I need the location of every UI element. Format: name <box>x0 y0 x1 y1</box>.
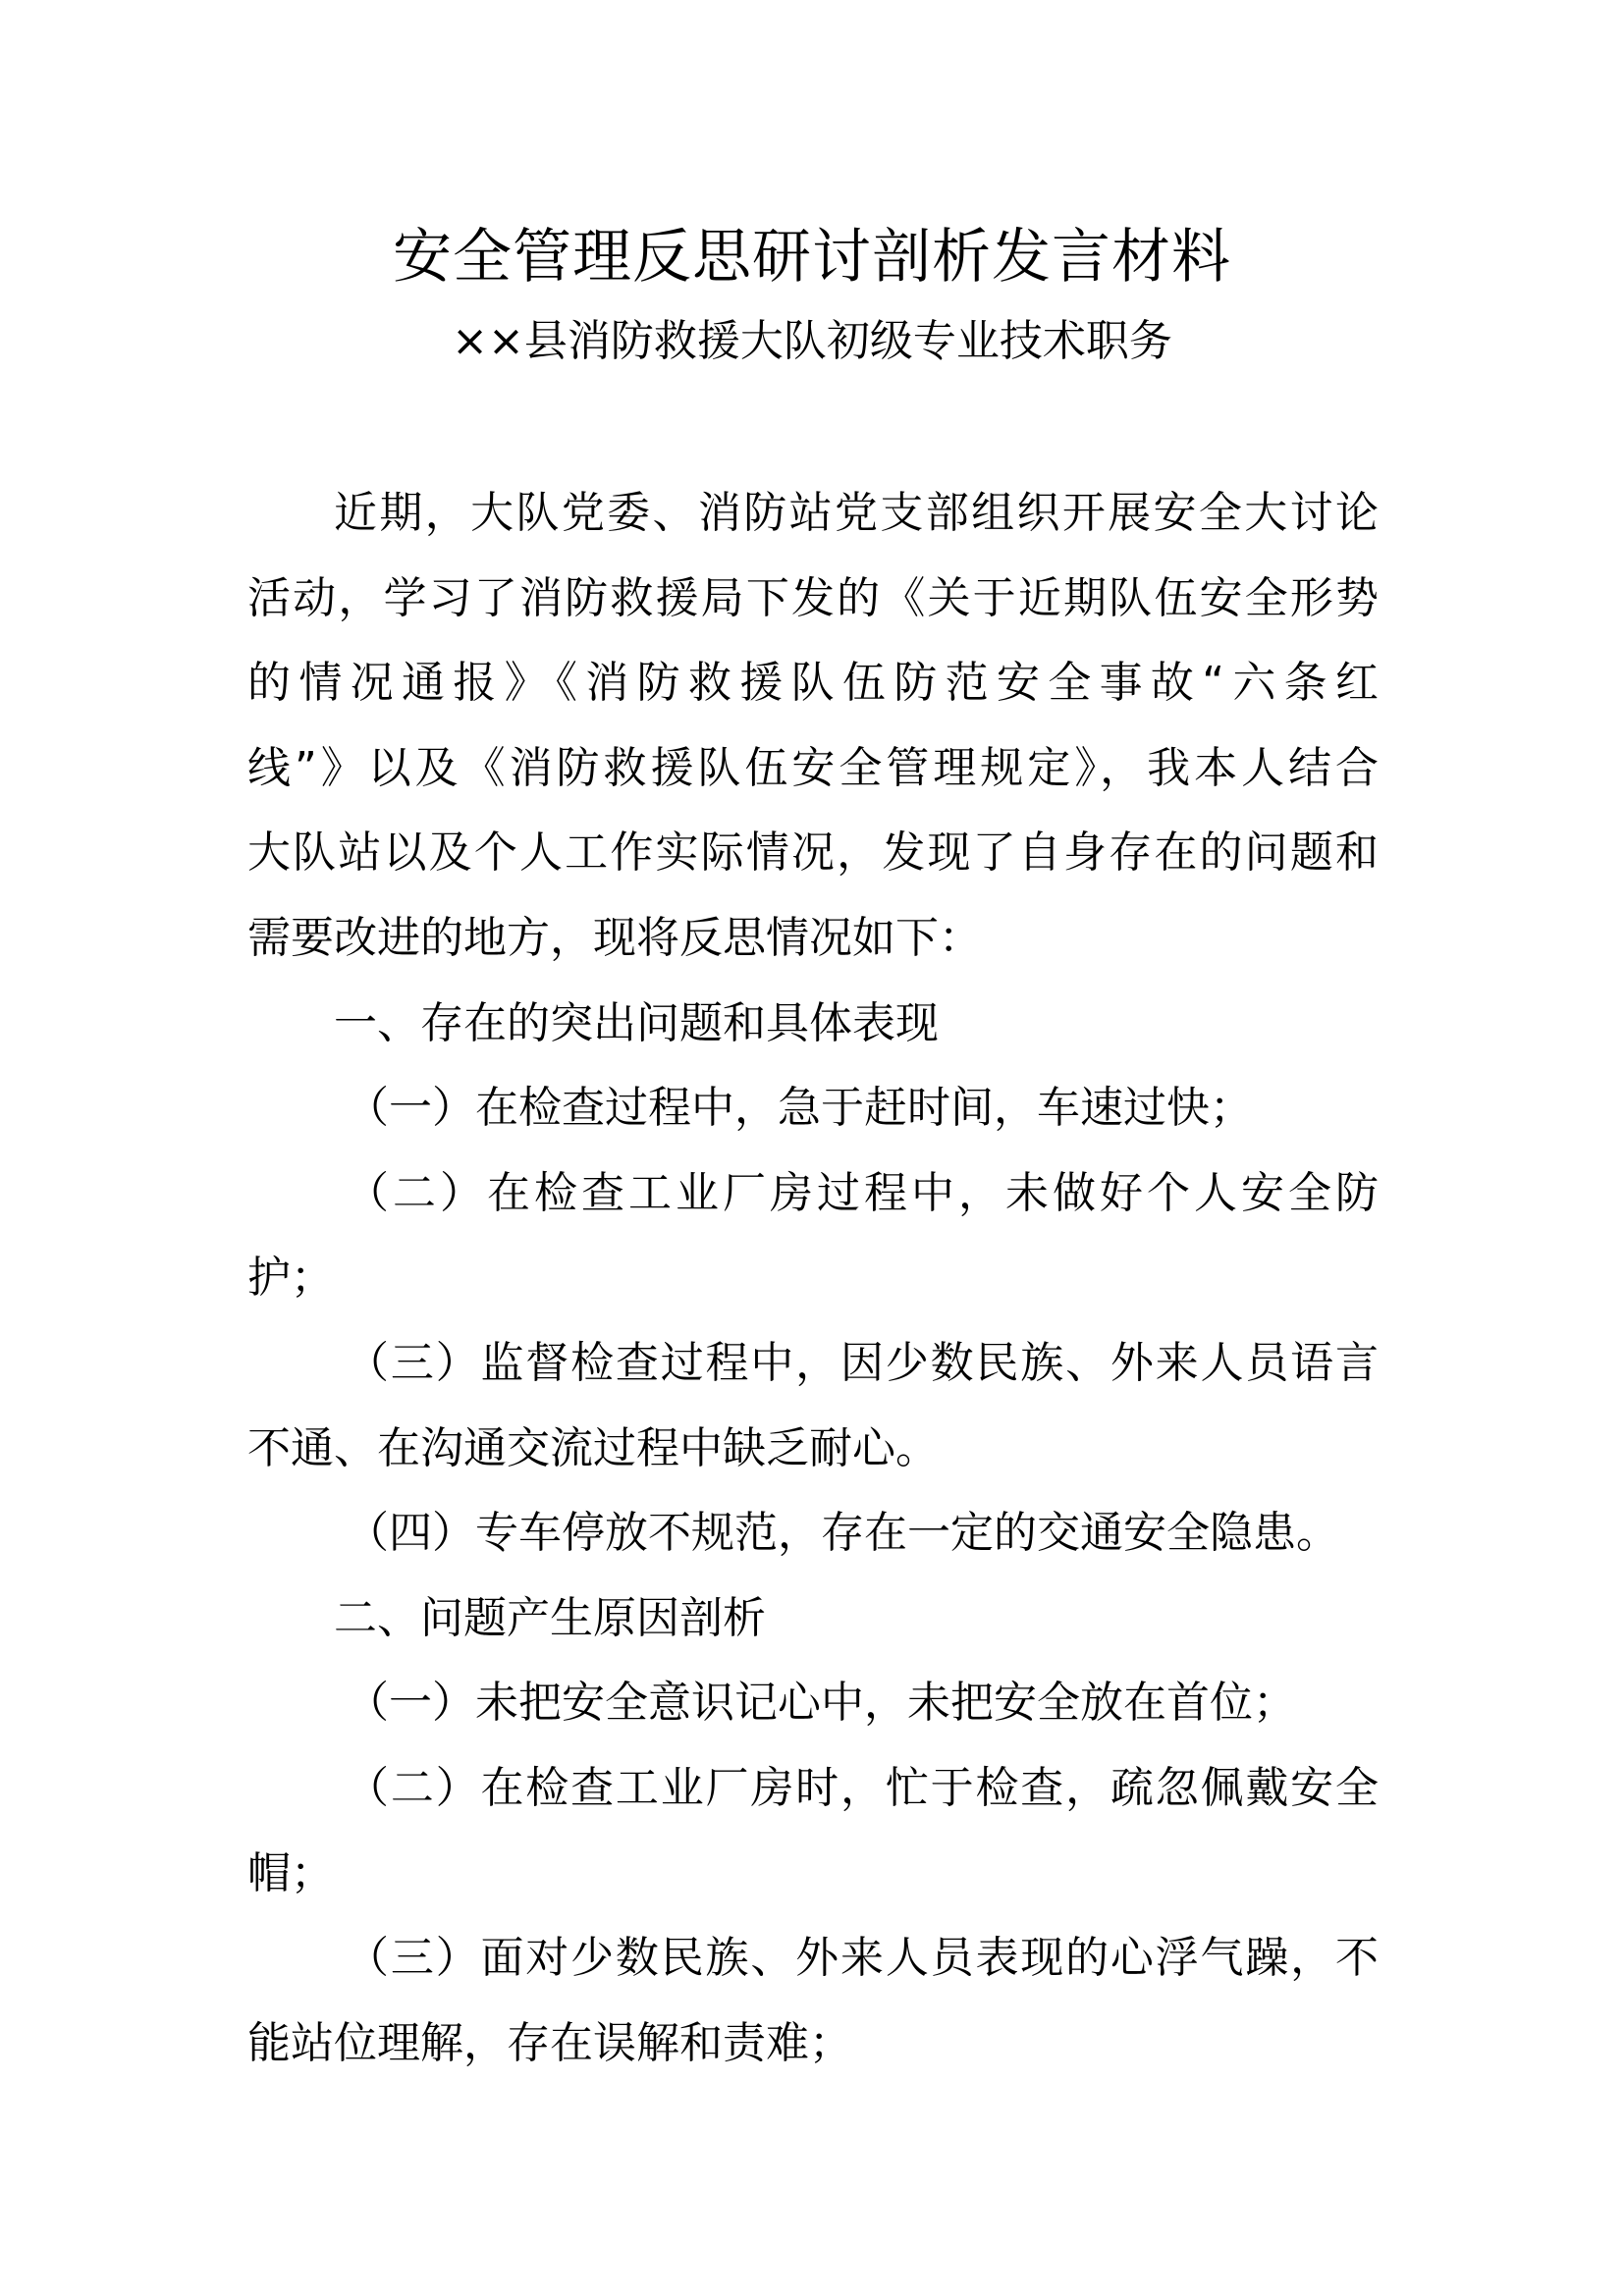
body-line: 近期，大队党委、消防站党支部组织开展安全大讨论 <box>247 482 1379 567</box>
list-item: （四）专车停放不规范，存在一定的交通安全隐患。 <box>247 1502 1379 1587</box>
list-item-continuation: 护； <box>247 1247 1379 1332</box>
list-item-continuation: 不通、在沟通交流过程中缺乏耐心。 <box>247 1417 1379 1503</box>
list-item: （一）未把安全意识记心中，未把安全放在首位； <box>247 1672 1379 1757</box>
body-line: 线”》以及《消防救援队伍安全管理规定》，我本人结合 <box>247 737 1379 823</box>
document-page: 安全管理反思研讨剖析发言材料 ××县消防救援大队初级专业技术职务 近期，大队党委… <box>0 0 1624 2296</box>
document-title: 安全管理反思研讨剖析发言材料 <box>0 218 1624 296</box>
body-line: 的情况通报》《消防救援队伍防范安全事故“六条红 <box>247 652 1379 737</box>
document-body: 近期，大队党委、消防站党支部组织开展安全大讨论 活动，学习了消防救援局下发的《关… <box>247 482 1379 2097</box>
document-subtitle: ××县消防救援大队初级专业技术职务 <box>0 312 1624 371</box>
section-heading-1: 一、存在的突出问题和具体表现 <box>247 992 1379 1078</box>
body-line: 需要改进的地方，现将反思情况如下： <box>247 907 1379 992</box>
section-heading-2: 二、问题产生原因剖析 <box>247 1587 1379 1673</box>
list-item: （二）在检查工业厂房时，忙于检查，疏忽佩戴安全 <box>247 1757 1379 1842</box>
list-item-continuation: 帽； <box>247 1842 1379 1928</box>
list-item: （二）在检查工业厂房过程中，未做好个人安全防 <box>247 1162 1379 1248</box>
list-item: （三）面对少数民族、外来人员表现的心浮气躁，不 <box>247 1927 1379 2012</box>
body-line: 大队站以及个人工作实际情况，发现了自身存在的问题和 <box>247 822 1379 907</box>
list-item: （三）监督检查过程中，因少数民族、外来人员语言 <box>247 1332 1379 1417</box>
list-item-continuation: 能站位理解，存在误解和责难； <box>247 2012 1379 2098</box>
body-line: 活动，学习了消防救援局下发的《关于近期队伍安全形势 <box>247 567 1379 653</box>
list-item: （一）在检查过程中，急于赶时间，车速过快； <box>247 1077 1379 1162</box>
